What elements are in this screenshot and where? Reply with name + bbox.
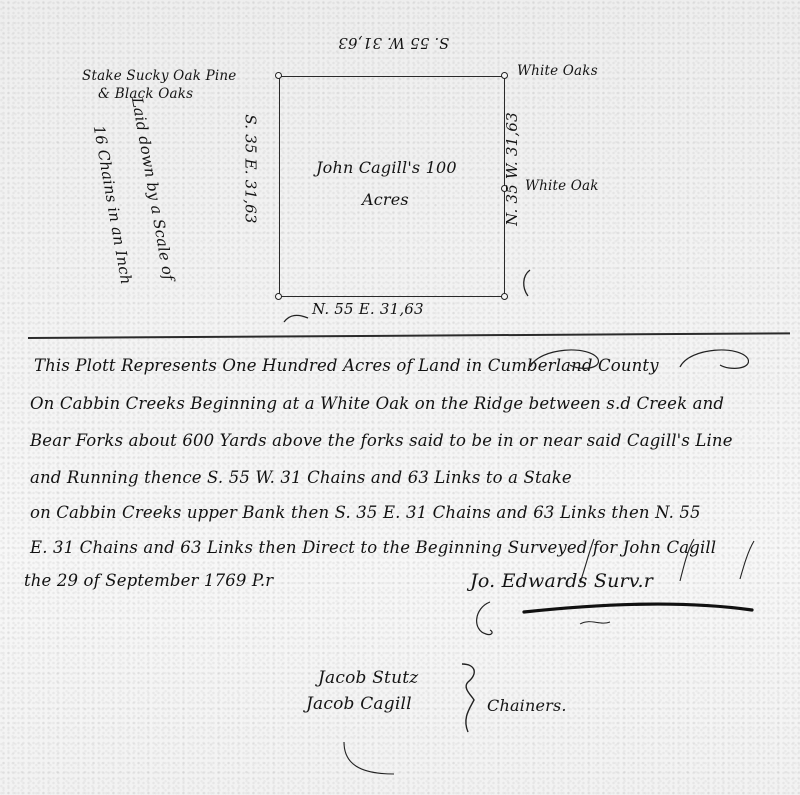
corner-node-bottom-right — [501, 293, 508, 300]
corner-node-top-right — [501, 72, 508, 79]
corner-node-bottom-left — [275, 293, 282, 300]
chain-carriers-label: Chainers. — [487, 696, 567, 715]
corner-label-top-left: Stake Sucky Oak Pine — [82, 68, 236, 84]
top-edge-bearing: S. 55 W. 31,63 — [338, 34, 449, 52]
description-line: and Running thence S. 55 W. 31 Chains an… — [30, 468, 572, 487]
chain-carrier-1-signature: Jacob Stutz — [318, 668, 418, 688]
description-line-date: the 29 of September 1769 P.r — [24, 571, 273, 590]
description-line: This Plott Represents One Hundred Acres … — [34, 356, 659, 375]
bottom-edge-bearing: N. 55 E. 31,63 — [312, 300, 424, 318]
description-line: on Cabbin Creeks upper Bank then S. 35 E… — [30, 503, 701, 522]
chain-carrier-2-signature: Jacob Cagill — [306, 694, 412, 714]
plat-owner-label: John Cagill's 100 — [316, 158, 457, 177]
description-line: On Cabbin Creeks Beginning at a White Oa… — [30, 394, 724, 413]
plat-boundary — [279, 76, 505, 297]
description-line: Bear Forks about 600 Yards above the for… — [30, 431, 733, 450]
plat-acreage-label: Acres — [362, 190, 409, 209]
corner-label-top-right: White Oaks — [517, 63, 598, 79]
right-edge-bearing: N. 35 W. 31,63 — [503, 112, 521, 226]
left-edge-bearing: S. 35 E. 31,63 — [242, 114, 260, 223]
surveyor-signature: Jo. Edwards Surv.r — [470, 570, 653, 592]
corner-node-top-left — [275, 72, 282, 79]
description-line: E. 31 Chains and 63 Links then Direct to… — [30, 538, 716, 557]
right-mid-label: White Oak — [525, 178, 599, 194]
